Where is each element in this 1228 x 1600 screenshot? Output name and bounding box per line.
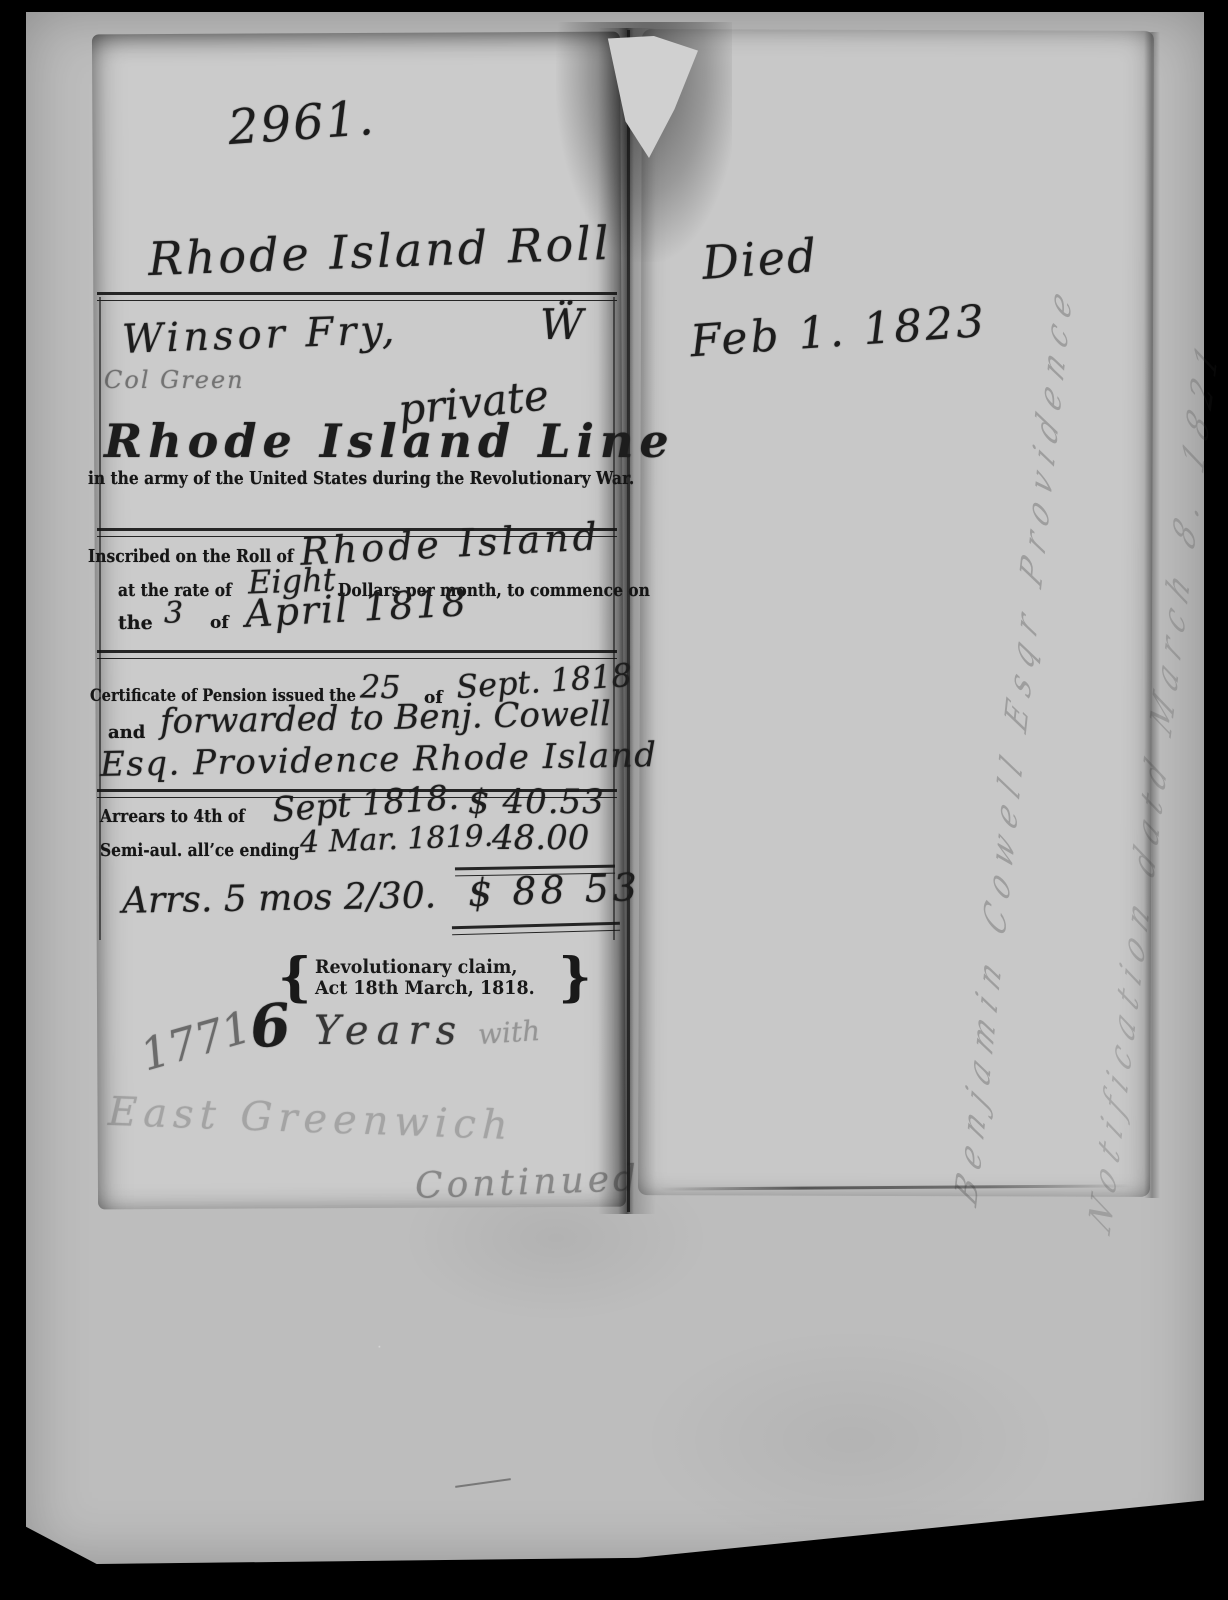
- double-rule: [97, 650, 617, 659]
- double-rule: [97, 292, 617, 301]
- arrears-row1-amount: $ 40.53: [468, 782, 605, 822]
- service-trailing-word: with: [477, 1014, 541, 1051]
- printed-army-line: in the army of the United States during …: [88, 470, 634, 488]
- scan-background: 2961. Rhode Island Roll Winsor Fry, Ẅ Co…: [0, 0, 1228, 1600]
- arrears-total-label: Arrs. 5 mos 2/30.: [122, 875, 437, 921]
- act-stamp: { Revolutionary claim, Act 18th March, 1…: [278, 956, 592, 1000]
- veteran-line: Rhode Island Line: [104, 414, 675, 468]
- arrears-row2-amount: 48.00: [492, 818, 589, 858]
- stamp-brace-close: }: [558, 956, 591, 1000]
- veteran-mark: Ẅ: [540, 300, 583, 349]
- jacket-number: 2961.: [226, 90, 377, 156]
- arrears-row2-label: Semi-aul. all’ce ending: [100, 842, 299, 860]
- death-note-line1: Died: [700, 228, 820, 290]
- and-label: and: [108, 724, 145, 742]
- stamp-text: Revolutionary claim, Act 18th March, 181…: [315, 957, 554, 999]
- arrears-total-amount: $ 88 53: [467, 865, 641, 915]
- the-label: the: [118, 614, 153, 633]
- forwarded-line: forwarded to Benj. Cowell: [160, 694, 612, 742]
- form-right-border: [613, 297, 615, 940]
- service-years-numeral: 6: [247, 990, 293, 1061]
- arrears-row1-label: Arrears to 4th of: [100, 808, 245, 826]
- of-label: of: [210, 615, 229, 632]
- service-years-word: Years: [314, 1008, 464, 1054]
- stamp-line1: Revolutionary claim,: [315, 957, 535, 978]
- continued-note: Continued: [414, 1158, 640, 1207]
- stamp-line2: Act 18th March, 1818.: [315, 978, 535, 999]
- company-note: Col Green: [104, 366, 245, 394]
- arrears-row2-date: 4 Mar. 1819.: [299, 819, 493, 861]
- commence-day: 3: [164, 596, 183, 631]
- veteran-name: Winsor Fry,: [121, 307, 399, 363]
